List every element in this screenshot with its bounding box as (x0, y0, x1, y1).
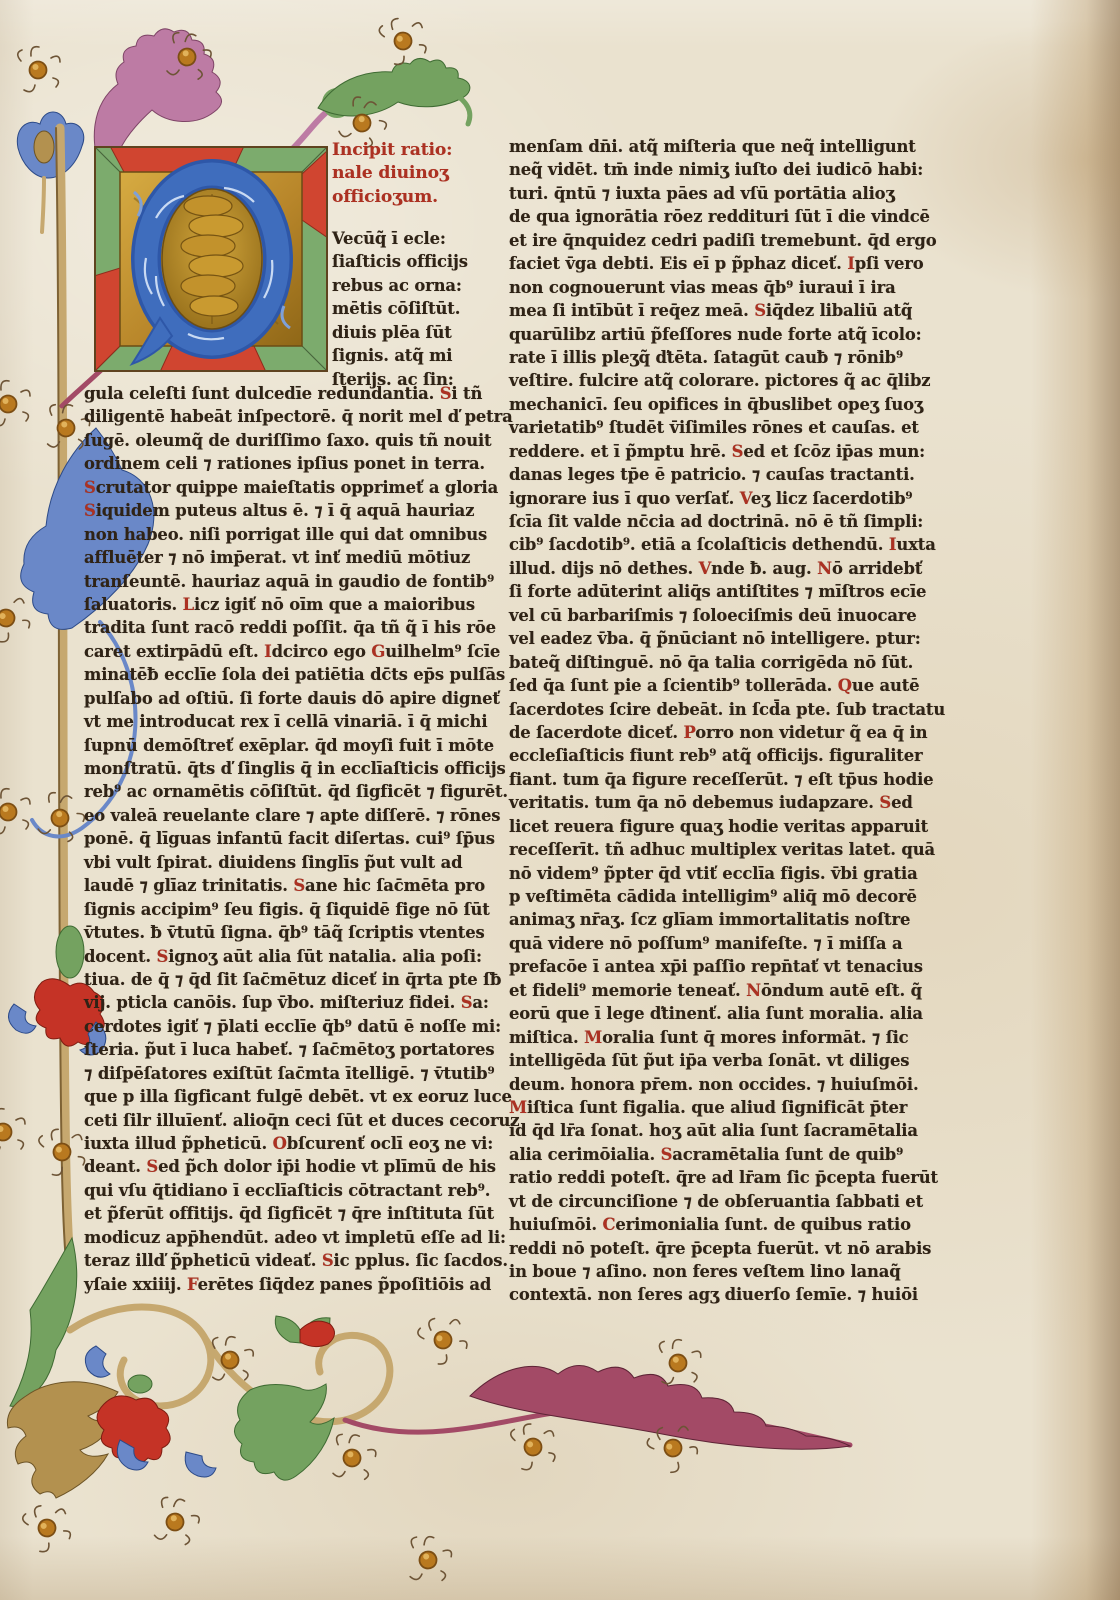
text-line: faciet v̄ga debti. Eis eī p p̃phaz diceť… (509, 252, 945, 275)
text-line: mea ſi intībūt ī req̄ez meā. Siq̄dez lib… (509, 299, 945, 322)
text-line: receſſerīt. tñ adhuc multiplex veritas l… (509, 838, 945, 861)
text-line: gula celeſti ſunt dulcedīe redundantia. … (84, 382, 519, 405)
text-line: rate ī illis pleʒq̃ ďtēta. ſatagūt cauƀ … (509, 346, 945, 369)
text-line: vt de circunciſione ⁊ de obſeruantia ſab… (509, 1190, 945, 1213)
text-line: intelligēda ſūt p̃ut ip̄a verba ſonāt. v… (509, 1049, 945, 1072)
text-line: ſignis accipim⁹ ſeu figis. q̄ ſiquidē fi… (84, 898, 519, 921)
text-line: nō videm⁹ p̃pter q̄d vtiť ecclīa figis. … (509, 862, 945, 885)
text-line: ſugē. oleumq̃ de duriſſimo ſaxo. quis tñ… (84, 429, 519, 452)
text-line: neq̃ vidēt. tm̄ inde nimiʒ iuſto dei iud… (509, 158, 945, 181)
text-line: Incipit ratio: (332, 139, 452, 162)
left-column-indent-lines: Vecūq̃ ī ecle:ſiaſticis officijsrebus ac… (332, 227, 468, 391)
text-line: alia cerimōialia. Sacramētalia ſunt de q… (509, 1143, 945, 1166)
text-line: in boue ⁊ aſino. non feres veſtem lino l… (509, 1260, 945, 1283)
text-line: qui vſu q̄tidiano ī ecclīaſticis cōtract… (84, 1179, 519, 1202)
text-line: Vecūq̃ ī ecle: (332, 227, 468, 250)
text-line: ſteria. p̃ut ī luca habeť. ⁊ ſac̄mētoʒ p… (84, 1038, 519, 1061)
text-line: eccleſiaſticis fiunt reb⁹ atq̃ officijs.… (509, 744, 945, 767)
text-line: ſaluatoris. Licz igiť nō oīm que a maior… (84, 593, 519, 616)
text-line: prefacōe ī antea xp̄i paſſio repn̄tať vt… (509, 955, 945, 978)
blue-flower (17, 112, 83, 232)
text-column-right: menſam dn̄i. atq̃ miſteria que neq̃ inte… (509, 135, 945, 1307)
text-line: docent. Signoʒ aūt alia ſūt natalia. ali… (84, 945, 519, 968)
text-line: eo valeā reuelante clare ⁊ apte diſſerē.… (84, 804, 519, 827)
illuminated-initial: Q (94, 146, 328, 372)
text-line: quā videre nō poſſum⁹ manifeſte. ⁊ ī miſ… (509, 932, 945, 955)
text-line: animaʒ nr̄aʒ. ſcz glīam immortalitatis n… (509, 908, 945, 931)
text-line: diuis plēa ſūt (332, 321, 468, 344)
text-line: ⁊ diſpēſatores exiſtūt ſac̄mta ītelligē.… (84, 1062, 519, 1085)
text-line: p veſtimēta cādida intelligim⁹ aliq̄ mō … (509, 885, 945, 908)
text-line: tranſeuntē. hauriaz aquā in gaudio de fo… (84, 570, 519, 593)
text-line: reddere. et ī p̃mptu hrē. Sed et ſcōz ip… (509, 440, 945, 463)
text-line: vij. pticla canōis. ſup v̄bo. miſteriuz … (84, 991, 519, 1014)
text-line: ratio reddi poteſt. q̄re ad lr̄am ſic p̄… (509, 1166, 945, 1189)
text-line: tiua. de q̄ ⁊ q̄d ſit ſac̄mētuz diceť in… (84, 968, 519, 991)
text-line: Miſtica ſunt figalia. que aliud ſignific… (509, 1096, 945, 1119)
text-line: menſam dn̄i. atq̃ miſteria que neq̃ inte… (509, 135, 945, 158)
text-line: v̄tutes. ƀ v̄tutū ſigna. q̄b⁹ tāq̃ ſcrip… (84, 921, 519, 944)
text-line: ſacerdotes ſcire debeāt. in ſcd̄a pte. ſ… (509, 698, 945, 721)
rubric: Incipit ratio:nale diuinoʒofficioʒum. (332, 139, 452, 209)
text-line: laudē ⁊ glīaz trinitatis. Sane hic ſac̄m… (84, 874, 519, 897)
text-line: cib⁹ ſacdotib⁹. etiā a ſcolaſticis dethe… (509, 533, 945, 556)
text-line: vbi vult ſpirat. diuidens ſinglīs p̃ut v… (84, 851, 519, 874)
text-line: pulſabo ad oſtiū. ſi forte dauis dō apir… (84, 687, 519, 710)
text-line: reb⁹ ac ornamētis cōſiſtūt. q̄d ſigficēt… (84, 780, 519, 803)
text-line: Siquidem puteus altus ē. ⁊ ī q̄ aquā hau… (84, 499, 519, 522)
text-line: reddi nō poteſt. q̄re p̄cepta fuerūt. vt… (509, 1237, 945, 1260)
text-line: veſtire. fulcire atq̃ colorare. pictores… (509, 369, 945, 392)
text-line: eorū que ī lege ďtinenť. alia ſunt moral… (509, 1002, 945, 1025)
text-line: mechanicī. ſeu opifices in q̄buslibet op… (509, 393, 945, 416)
text-line: ceti ſilr illuīenť. alioq̄n ceci ſūt et … (84, 1109, 519, 1132)
bottom-border-decoration (7, 1307, 850, 1498)
manuscript-page: Q (0, 0, 1120, 1600)
text-line: bateq̃ diſtinguē. nō q̄a talia corrigēda… (509, 651, 945, 674)
text-line: cerdotes igiť ⁊ p̄lati ecclīe q̄b⁹ datū … (84, 1015, 519, 1038)
text-line: officioʒum. (332, 186, 452, 209)
text-line: ordinem celi ⁊ rationes ipſius ponet in … (84, 452, 519, 475)
text-line: vt me introducat rex ī cellā vinariā. ī … (84, 710, 519, 733)
text-line: ſiaſticis officijs (332, 250, 468, 273)
text-line: non cognouerunt vias meas q̄b⁹ iuraui ī … (509, 276, 945, 299)
text-line: ſignis. atq̃ mi (332, 344, 468, 367)
text-line: caret extirpādū eſt. Idcirco ego Guilhel… (84, 640, 519, 663)
text-line: diligentē habeāt inſpectorē. q̄ norit me… (84, 405, 519, 428)
text-line: danas leges tp̄e ē patricio. ⁊ cauſas tr… (509, 463, 945, 486)
text-line: turi. q̄ntū ⁊ iuxta pāes ad vſū portātia… (509, 182, 945, 205)
text-line: teraz illď p̃pheticū videať. Sic pplus. … (84, 1249, 519, 1272)
text-line: huiuſmōi. Cerimonialia ſunt. de quibus r… (509, 1213, 945, 1236)
text-line: veritatis. tum q̄a nō debemus iudapzare.… (509, 791, 945, 814)
text-line: que p illa ſigficant fulgē debēt. vt ex … (84, 1085, 519, 1108)
text-line: illud. dijs nō dethes. Vnde ƀ. aug. Nō a… (509, 557, 945, 580)
text-line: mētis cōſiſtūt. (332, 297, 468, 320)
text-line: yſaie xxiiij. Ferētes ſiq̄dez panes p̃po… (84, 1273, 519, 1296)
text-line: de ſacerdote diceť. Porro non videtur q̃… (509, 721, 945, 744)
text-line: tradita ſunt racō reddi poſſit. q̄a tñ q… (84, 616, 519, 639)
text-line: non habeo. niſi porrigat ille qui dat om… (84, 523, 519, 546)
text-line: deum. honora pr̄em. non occides. ⁊ huiuſ… (509, 1073, 945, 1096)
text-line: fiant. tum q̄a figure receſſerūt. ⁊ eſt … (509, 768, 945, 791)
text-line: vel eadez v̄ba. q̄ p̃nūciant nō intellig… (509, 627, 945, 650)
text-line: nale diuinoʒ (332, 162, 452, 185)
text-line: et fideli⁹ memorie teneať. Nōndum autē e… (509, 979, 945, 1002)
text-line: iuxta illud p̃pheticū. Obſcurenť oclī eo… (84, 1132, 519, 1155)
text-line: miſtica. Moralia ſunt q̄ mores informāt.… (509, 1026, 945, 1049)
text-line: varietatib⁹ ſtudēt v̄iſimiles rōnes et c… (509, 416, 945, 439)
initial-letter-q (94, 146, 328, 372)
text-line: et ire q̄nquidez cedri padiſi tremebunt.… (509, 229, 945, 252)
text-line: affluēter ⁊ nō imp̄erat. vt inť mediū mō… (84, 546, 519, 569)
text-line: contextā. non ſeres agʒ diuerſo ſemīe. ⁊… (509, 1283, 945, 1306)
text-line: quarūlibz artiū p̃feſſores nude forte at… (509, 323, 945, 346)
text-line: modicuz app̄hendūt. adeo vt impletū eſſe… (84, 1226, 519, 1249)
text-line: ſi forte adūterint aliq̄s antiſtites ⁊ m… (509, 580, 945, 603)
text-line: deant. Sed p̃ch dolor ip̄i hodie vt plīm… (84, 1155, 519, 1178)
text-line: minatēƀ ecclīe ſola dei patiētia dc̄ts e… (84, 663, 519, 686)
text-line: vel cū barbariſmis ⁊ ſoloeciſmis deū inu… (509, 604, 945, 627)
text-line: licet reuera figure quaʒ hodie veritas a… (509, 815, 945, 838)
text-line: et p̃ferūt offitijs. q̄d ſigficēt ⁊ q̄re… (84, 1202, 519, 1225)
text-line: ponē. q̄ līguas infantū facit diſertas. … (84, 827, 519, 850)
text-column-left: gula celeſti ſunt dulcedīe redundantia. … (84, 382, 519, 1296)
text-line: ſcīa ſit valde nc̄cia ad doctrinā. nō ē … (509, 510, 945, 533)
text-line: rebus ac orna: (332, 274, 468, 297)
text-line: monſtratū. q̄ts ď ſinglis q̄ in ecclīaſt… (84, 757, 519, 780)
text-line: id q̄d lr̄a ſonat. hoʒ aūt alia ſunt ſac… (509, 1119, 945, 1142)
text-line: ſed q̄a ſunt pie a ſcientib⁹ tollerāda. … (509, 674, 945, 697)
text-line: ignorare ius ī quo verſať. Veʒ licz ſace… (509, 487, 945, 510)
text-line: Scrutator quippe maieſtatis opprimeť a g… (84, 476, 519, 499)
text-line: de qua ignorātia rōez reddituri ſūt ī di… (509, 205, 945, 228)
text-line: ſupnū demōſtreť exēplar. q̄d moyſi fuit … (84, 734, 519, 757)
